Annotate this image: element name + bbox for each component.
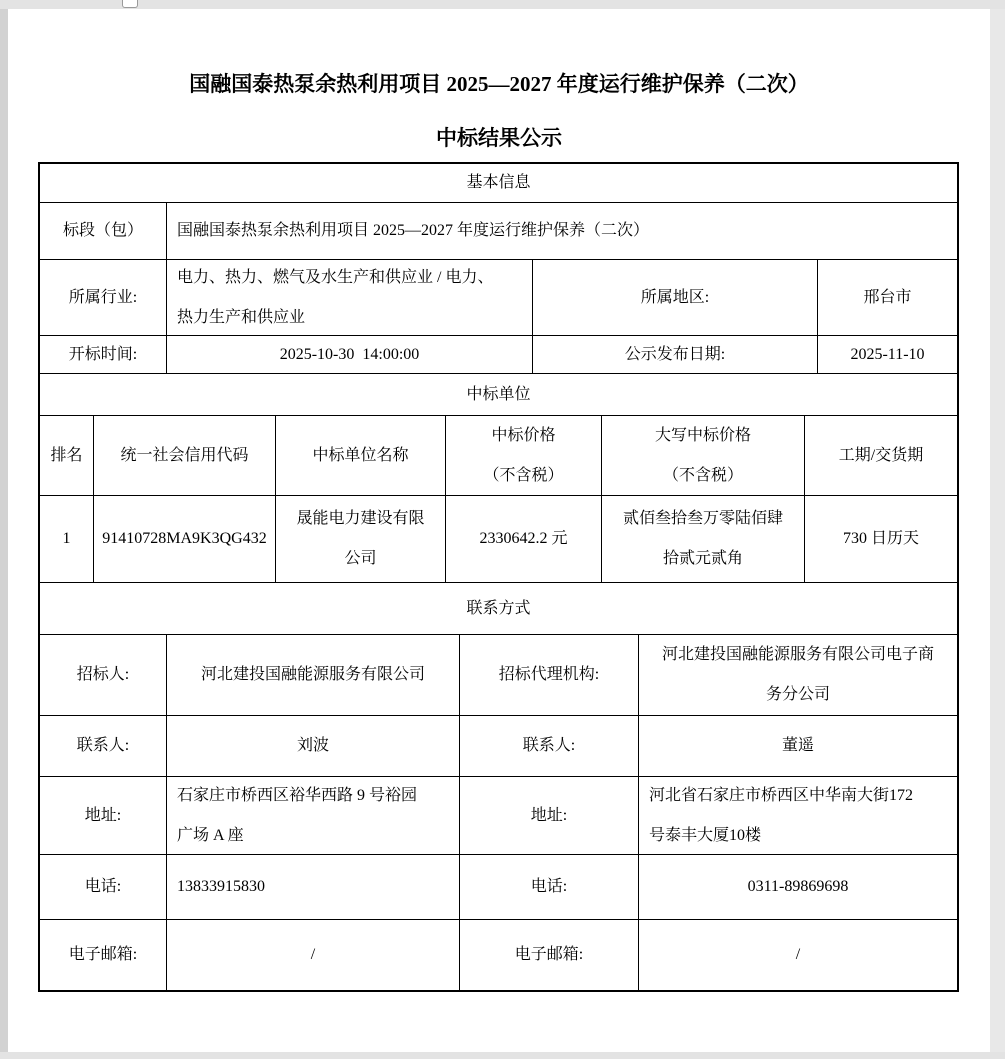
industry-label: 所属行业: <box>40 260 166 335</box>
bid-package-label: 标段（包） <box>40 203 166 259</box>
clipped-tab-fragment <box>122 0 138 8</box>
document-title: 国融国泰热泵余热利用项目 2025—2027 年度运行维护保养（二次） 中标结果… <box>8 9 990 149</box>
document-page: 国融国泰热泵余热利用项目 2025—2027 年度运行维护保养（二次） 中标结果… <box>8 9 990 1052</box>
contact-label: 招标人: <box>40 635 166 715</box>
contact-label: 招标代理机构: <box>459 635 638 715</box>
industry-value: 电力、热力、燃气及水生产和供应业 / 电力、 热力生产和供应业 <box>166 260 532 335</box>
section-title: 联系方式 <box>40 583 957 634</box>
winner-credit-code: 91410728MA9K3QG432 <box>93 496 275 582</box>
winner-price: 2330642.2 元 <box>445 496 601 582</box>
region-value: 邢台市 <box>817 260 957 335</box>
publish-date-label: 公示发布日期: <box>532 336 817 373</box>
contact-row-person: 联系人: 刘波 联系人: 董遥 <box>40 715 957 776</box>
contact-label: 联系人: <box>459 716 638 776</box>
contact-label: 电子邮箱: <box>459 920 638 990</box>
publish-date-value: 2025-11-10 <box>817 336 957 373</box>
winner-term: 730 日历天 <box>804 496 957 582</box>
contact-value: 13833915830 <box>166 855 459 919</box>
contact-value: 董遥 <box>638 716 957 776</box>
title-line-2: 中标结果公示 <box>8 127 990 149</box>
header-rank: 排名 <box>40 416 93 495</box>
contact-label: 地址: <box>459 777 638 854</box>
section-header-contact: 联系方式 <box>40 582 957 634</box>
contact-value: 河北建投国融能源服务有限公司电子商 务分公司 <box>638 635 957 715</box>
header-price: 中标价格 （不含税） <box>445 416 601 495</box>
bid-package-value: 国融国泰热泵余热利用项目 2025—2027 年度运行维护保养（二次） <box>166 203 957 259</box>
winner-table-header: 排名 统一社会信用代码 中标单位名称 中标价格 （不含税） 大写中标价格 （不含… <box>40 415 957 495</box>
row-opening-publish: 开标时间: 2025-10-30 14:00:00 公示发布日期: 2025-1… <box>40 335 957 373</box>
bid-opening-label: 开标时间: <box>40 336 166 373</box>
contact-value: 河北省石家庄市桥西区中华南大街172 号泰丰大厦10楼 <box>638 777 957 854</box>
contact-value: 刘波 <box>166 716 459 776</box>
header-term: 工期/交货期 <box>804 416 957 495</box>
winner-company-name: 晟能电力建设有限 公司 <box>275 496 445 582</box>
row-bid-package: 标段（包） 国融国泰热泵余热利用项目 2025—2027 年度运行维护保养（二次… <box>40 202 957 259</box>
winner-table-row: 1 91410728MA9K3QG432 晟能电力建设有限 公司 2330642… <box>40 495 957 582</box>
page-right-margin <box>990 9 1005 1052</box>
contact-label: 电话: <box>459 855 638 919</box>
header-company-name: 中标单位名称 <box>275 416 445 495</box>
section-header-basic-info: 基本信息 <box>40 164 957 202</box>
contact-label: 电话: <box>40 855 166 919</box>
contact-label: 地址: <box>40 777 166 854</box>
section-title: 中标单位 <box>40 374 957 415</box>
header-price-uppercase: 大写中标价格 （不含税） <box>601 416 804 495</box>
contact-label: 联系人: <box>40 716 166 776</box>
contact-row-email: 电子邮箱: / 电子邮箱: / <box>40 919 957 990</box>
contact-row-phone: 电话: 13833915830 电话: 0311-89869698 <box>40 854 957 919</box>
bid-opening-value: 2025-10-30 14:00:00 <box>166 336 532 373</box>
contact-value: 石家庄市桥西区裕华西路 9 号裕园 广场 A 座 <box>166 777 459 854</box>
winner-price-uppercase: 贰佰叁拾叁万零陆佰肆 拾贰元贰角 <box>601 496 804 582</box>
contact-value: 0311-89869698 <box>638 855 957 919</box>
contact-label: 电子邮箱: <box>40 920 166 990</box>
region-label: 所属地区: <box>532 260 817 335</box>
window-top-band <box>0 0 1005 9</box>
contact-value: / <box>638 920 957 990</box>
winner-rank: 1 <box>40 496 93 582</box>
header-credit-code: 统一社会信用代码 <box>93 416 275 495</box>
page-left-margin <box>0 9 8 1052</box>
section-header-winner: 中标单位 <box>40 373 957 415</box>
window-bottom-band <box>0 1052 1005 1059</box>
contact-value: 河北建投国融能源服务有限公司 <box>166 635 459 715</box>
section-title: 基本信息 <box>40 164 957 202</box>
contact-row-tenderer: 招标人: 河北建投国融能源服务有限公司 招标代理机构: 河北建投国融能源服务有限… <box>40 634 957 715</box>
row-industry-region: 所属行业: 电力、热力、燃气及水生产和供应业 / 电力、 热力生产和供应业 所属… <box>40 259 957 335</box>
bid-result-table: 基本信息 标段（包） 国融国泰热泵余热利用项目 2025—2027 年度运行维护… <box>38 162 959 992</box>
contact-value: / <box>166 920 459 990</box>
title-line-1: 国融国泰热泵余热利用项目 2025—2027 年度运行维护保养（二次） <box>8 73 990 95</box>
contact-row-address: 地址: 石家庄市桥西区裕华西路 9 号裕园 广场 A 座 地址: 河北省石家庄市… <box>40 776 957 854</box>
